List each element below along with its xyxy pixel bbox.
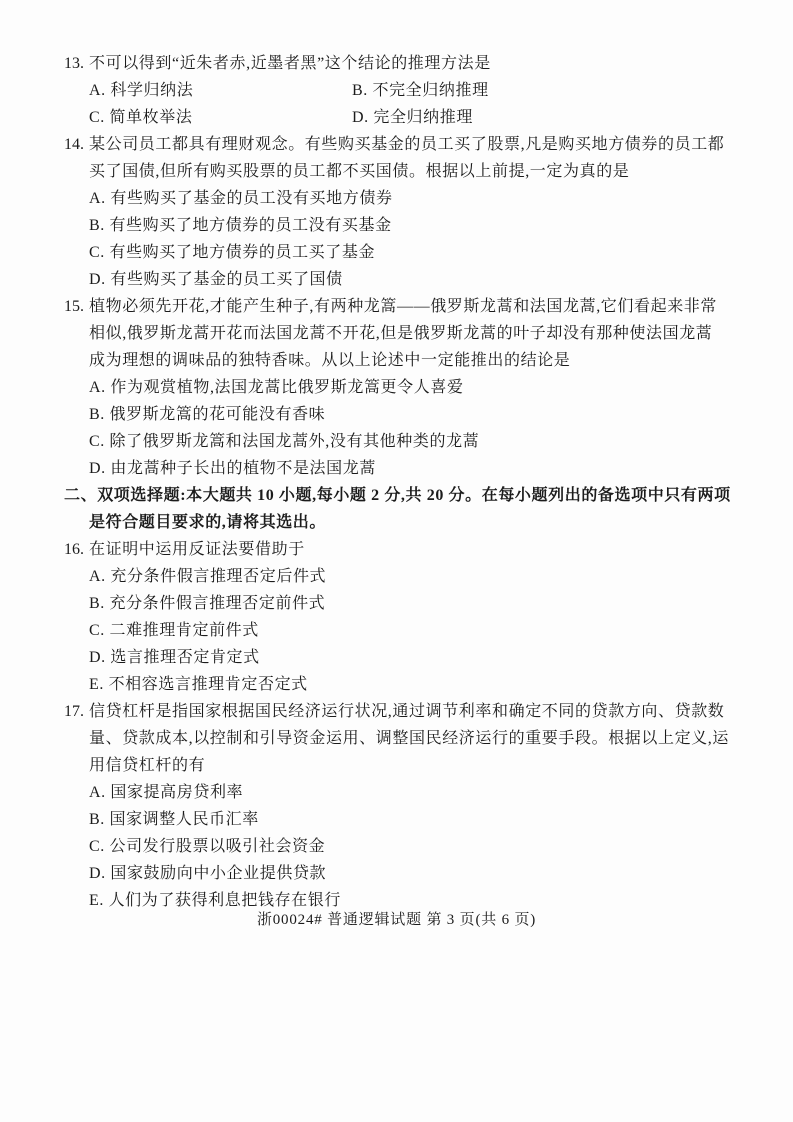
page-footer: 浙00024# 普通逻辑试题 第 3 页(共 6 页) — [0, 908, 793, 935]
question-number: 13. — [64, 50, 89, 77]
question-stem-line: 用信贷杠杆的有 — [64, 752, 746, 779]
answer-option: A. 充分条件假言推理否定后件式 — [64, 563, 746, 590]
question-stem-text: 某公司员工都具有理财观念。有些购买基金的员工买了股票,凡是购买地方债券的员工都 — [89, 136, 724, 153]
question-stem-line: 相似,俄罗斯龙蒿开花而法国龙蒿不开花,但是俄罗斯龙蒿的叶子却没有那种使法国龙蒿 — [64, 320, 746, 347]
answer-option: D. 国家鼓励向中小企业提供贷款 — [64, 860, 746, 887]
answer-option: E. 不相容选言推理肯定否定式 — [64, 671, 746, 698]
answer-option: B. 不完全归纳推理 — [352, 77, 489, 104]
answer-option: C. 有些购买了地方债券的员工买了基金 — [64, 239, 746, 266]
document-page: 13.不可以得到“近朱者赤,近墨者黑”这个结论的推理方法是A. 科学归纳法B. … — [0, 0, 793, 1122]
question-stem-text: 植物必须先开花,才能产生种子,有两种龙篙——俄罗斯龙蒿和法国龙蒿,它们看起来非常 — [89, 298, 717, 315]
question-stem-line: 15.植物必须先开花,才能产生种子,有两种龙篙——俄罗斯龙蒿和法国龙蒿,它们看起… — [64, 293, 746, 320]
question-stem-line: 16.在证明中运用反证法要借助于 — [64, 536, 746, 563]
answer-option: A. 科学归纳法 — [89, 82, 193, 99]
answer-option: D. 选言推理否定肯定式 — [64, 644, 746, 671]
section-heading-line: 二、双项选择题:本大题共 10 小题,每小题 2 分,共 20 分。在每小题列出… — [64, 482, 746, 509]
question-number: 17. — [64, 698, 89, 725]
answer-option: C. 除了俄罗斯龙篙和法国龙蒿外,没有其他种类的龙蒿 — [64, 428, 746, 455]
question-stem-line: 买了国债,但所有购买股票的员工都不买国债。根据以上前提,一定为真的是 — [64, 158, 746, 185]
answer-option: D. 有些购买了基金的员工买了国债 — [64, 266, 746, 293]
answer-option-row: A. 科学归纳法B. 不完全归纳推理 — [64, 77, 746, 104]
question-stem-text: 信贷杠杆是指国家根据国民经济运行状况,通过调节利率和确定不同的贷款方向、贷款数 — [89, 703, 724, 720]
answer-option: B. 充分条件假言推理否定前件式 — [64, 590, 746, 617]
question-stem-text: 不可以得到“近朱者赤,近墨者黑”这个结论的推理方法是 — [89, 55, 491, 72]
question-stem-line: 14.某公司员工都具有理财观念。有些购买基金的员工买了股票,凡是购买地方债券的员… — [64, 131, 746, 158]
answer-option: A. 国家提高房贷利率 — [64, 779, 746, 806]
question-number: 15. — [64, 293, 89, 320]
answer-option: C. 二难推理肯定前件式 — [64, 617, 746, 644]
document-body: 13.不可以得到“近朱者赤,近墨者黑”这个结论的推理方法是A. 科学归纳法B. … — [64, 50, 746, 914]
answer-option: D. 完全归纳推理 — [352, 104, 473, 131]
question-stem-text: 在证明中运用反证法要借助于 — [89, 541, 305, 558]
answer-option: A. 作为观赏植物,法国龙蒿比俄罗斯龙篙更令人喜爱 — [64, 374, 746, 401]
question-number: 16. — [64, 536, 89, 563]
answer-option: D. 由龙蒿种子长出的植物不是法国龙蒿 — [64, 455, 746, 482]
answer-option: A. 有些购买了基金的员工没有买地方债券 — [64, 185, 746, 212]
question-stem-line: 成为理想的调味品的独特香味。从以上论述中一定能推出的结论是 — [64, 347, 746, 374]
answer-option-row: C. 简单枚举法D. 完全归纳推理 — [64, 104, 746, 131]
answer-option: B. 有些购买了地方债券的员工没有买基金 — [64, 212, 746, 239]
answer-option: B. 国家调整人民币汇率 — [64, 806, 746, 833]
answer-option: B. 俄罗斯龙篙的花可能没有香味 — [64, 401, 746, 428]
question-number: 14. — [64, 131, 89, 158]
answer-option: C. 简单枚举法 — [89, 109, 192, 126]
question-stem-line: 13.不可以得到“近朱者赤,近墨者黑”这个结论的推理方法是 — [64, 50, 746, 77]
question-stem-line: 量、贷款成本,以控制和引导资金运用、调整国民经济运行的重要手段。根据以上定义,运 — [64, 725, 746, 752]
answer-option: C. 公司发行股票以吸引社会资金 — [64, 833, 746, 860]
question-stem-line: 17.信贷杠杆是指国家根据国民经济运行状况,通过调节利率和确定不同的贷款方向、贷… — [64, 698, 746, 725]
section-heading-line: 是符合题目要求的,请将其选出。 — [64, 509, 746, 536]
